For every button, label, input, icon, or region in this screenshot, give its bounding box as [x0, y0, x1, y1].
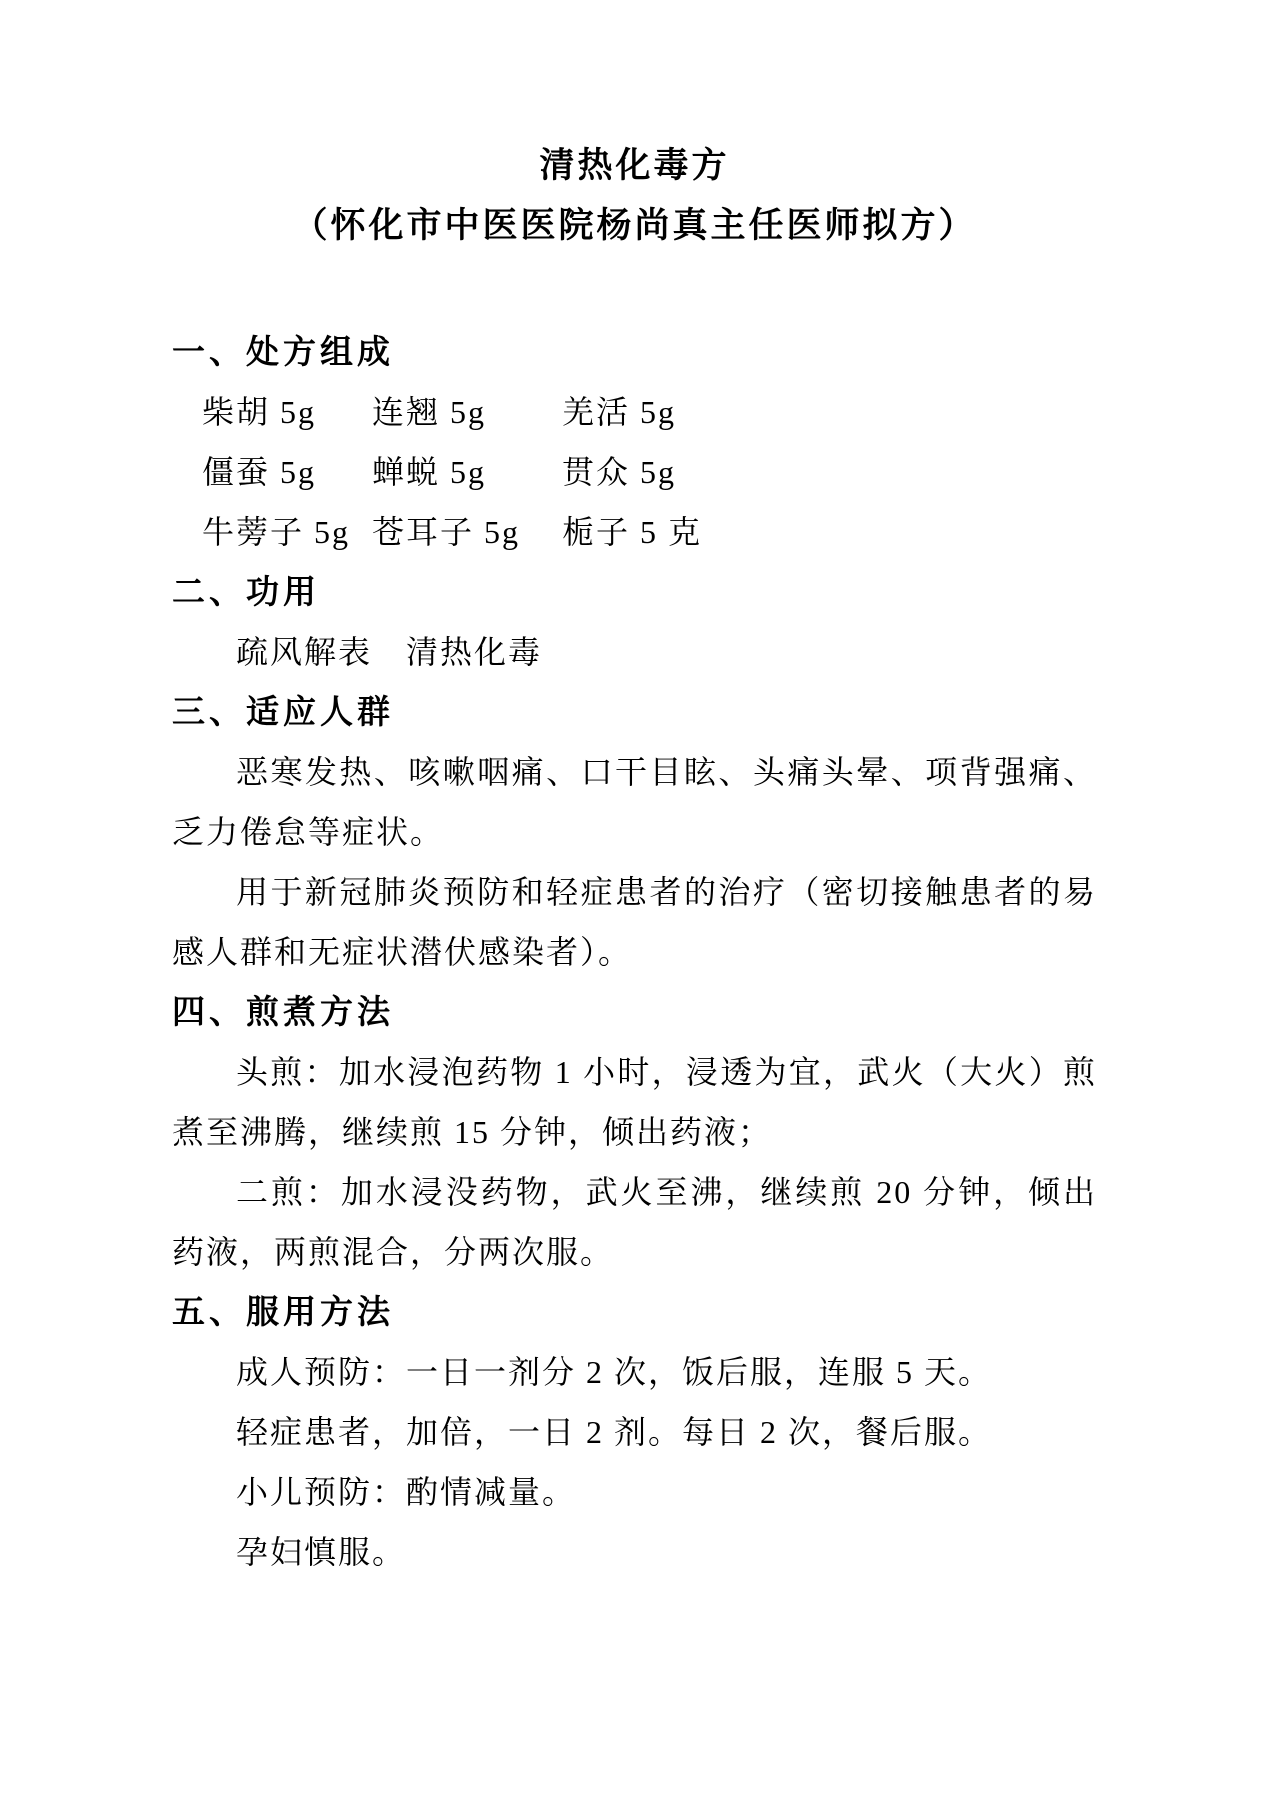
document-body: 一、处方组成 柴胡 5g 连翘 5g 羌活 5g 僵蚕 5g 蝉蜕 5g 贯众 …: [172, 322, 1097, 1582]
herb-item: 蝉蜕 5g: [372, 442, 552, 502]
usage-scope-paragraph: 用于新冠肺炎预防和轻症患者的治疗（密切接触患者的易感人群和无症状潜伏感染者）。: [172, 862, 1097, 982]
adult-prevention-line: 成人预防：一日一剂分 2 次，饭后服，连服 5 天。: [172, 1342, 1097, 1402]
mild-patient-line: 轻症患者，加倍，一日 2 剂。每日 2 次，餐后服。: [172, 1402, 1097, 1462]
herb-row-2: 僵蚕 5g 蝉蜕 5g 贯众 5g: [202, 442, 1097, 502]
section-composition-heading: 一、处方组成: [172, 322, 1097, 382]
section-applicable-people: 三、适应人群 恶寒发热、咳嗽咽痛、口干目眩、头痛头晕、项背强痛、乏力倦怠等症状。…: [172, 682, 1097, 982]
section-decoction-method: 四、煎煮方法 头煎：加水浸泡药物 1 小时，浸透为宜，武火（大火）煎煮至沸腾，继…: [172, 982, 1097, 1282]
herb-row-1: 柴胡 5g 连翘 5g 羌活 5g: [202, 382, 1097, 442]
section-dosage-method: 五、服用方法 成人预防：一日一剂分 2 次，饭后服，连服 5 天。 轻症患者，加…: [172, 1282, 1097, 1582]
child-prevention-line: 小儿预防：酌情减量。: [172, 1462, 1097, 1522]
pregnancy-caution-line: 孕妇慎服。: [172, 1522, 1097, 1582]
herb-item: 贯众 5g: [562, 442, 676, 502]
section-decoction-method-heading: 四、煎煮方法: [172, 982, 1097, 1042]
document-subtitle: （怀化市中医医院杨尚真主任医师拟方）: [172, 196, 1097, 256]
symptoms-paragraph: 恶寒发热、咳嗽咽痛、口干目眩、头痛头晕、项背强痛、乏力倦怠等症状。: [172, 742, 1097, 862]
section-composition: 一、处方组成 柴胡 5g 连翘 5g 羌活 5g 僵蚕 5g 蝉蜕 5g 贯众 …: [172, 322, 1097, 562]
herb-item: 栀子 5 克: [562, 502, 702, 562]
herb-item: 牛蒡子 5g: [202, 502, 362, 562]
herb-item: 苍耳子 5g: [372, 502, 552, 562]
herb-item: 连翘 5g: [372, 382, 552, 442]
first-decoction-paragraph: 头煎：加水浸泡药物 1 小时，浸透为宜，武火（大火）煎煮至沸腾，继续煎 15 分…: [172, 1042, 1097, 1162]
section-dosage-method-heading: 五、服用方法: [172, 1282, 1097, 1342]
herb-row-3: 牛蒡子 5g 苍耳子 5g 栀子 5 克: [202, 502, 1097, 562]
document-title: 清热化毒方: [172, 136, 1097, 196]
document-page: 清热化毒方 （怀化市中医医院杨尚真主任医师拟方） 一、处方组成 柴胡 5g 连翘…: [0, 0, 1269, 1794]
herb-item: 柴胡 5g: [202, 382, 362, 442]
second-decoction-paragraph: 二煎：加水浸没药物，武火至沸，继续煎 20 分钟，倾出药液，两煎混合，分两次服。: [172, 1162, 1097, 1282]
herb-item: 羌活 5g: [562, 382, 676, 442]
section-function-heading: 二、功用: [172, 562, 1097, 622]
section-applicable-people-heading: 三、适应人群: [172, 682, 1097, 742]
function-text: 疏风解表 清热化毒: [172, 622, 1097, 682]
herb-item: 僵蚕 5g: [202, 442, 362, 502]
section-function: 二、功用 疏风解表 清热化毒: [172, 562, 1097, 682]
